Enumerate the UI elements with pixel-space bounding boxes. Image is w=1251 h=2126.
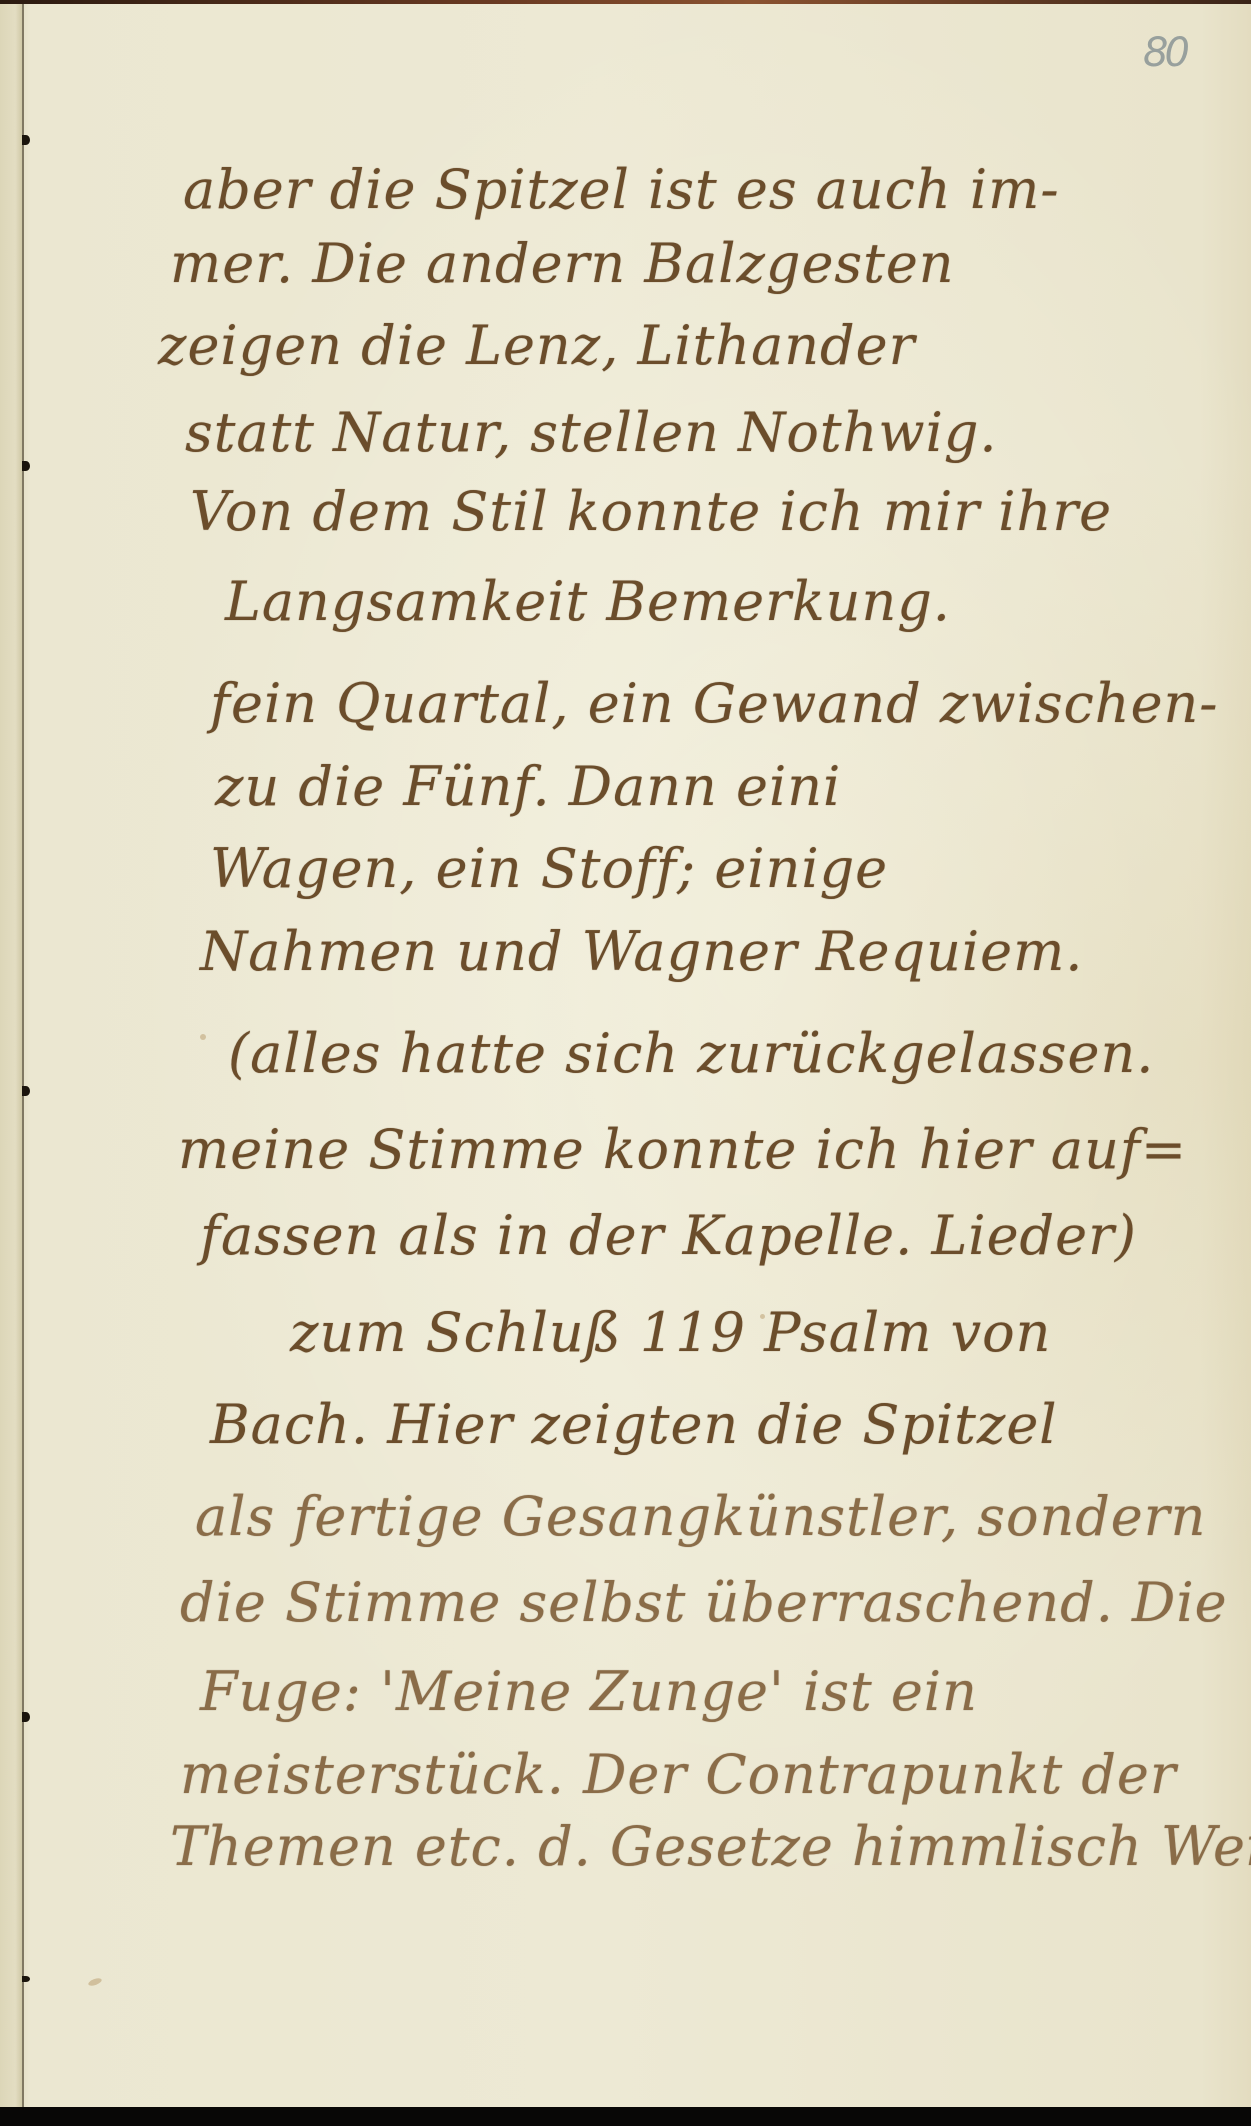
text-line: zeigen die Lenz, Lithander: [158, 319, 915, 373]
paper-stain: [200, 1034, 206, 1040]
text-line: Von dem Stil konnte ich mir ihre: [190, 485, 1112, 539]
text-line: meine Stimme konnte ich hier auf=: [178, 1123, 1187, 1177]
text-line: meisterstück. Der Contrapunkt der: [180, 1748, 1177, 1802]
text-line: als fertige Gesangkünstler, sondern: [195, 1490, 1206, 1544]
text-line: statt Natur, stellen Nothwig.: [185, 406, 998, 460]
binding-line: [22, 4, 24, 2107]
text-line: mer. Die andern Balzgesten: [170, 237, 955, 291]
text-line: zu die Fünf. Dann eini: [215, 760, 841, 814]
binding-hole: [22, 135, 30, 145]
text-line: Langsamkeit Bemerkung.: [225, 575, 951, 629]
binding-hole: [22, 1712, 30, 1722]
facing-page-edge: [0, 4, 22, 2107]
binding-hole: [22, 461, 30, 471]
binding-hole: [22, 1976, 30, 1982]
text-line: Wagen, ein Stoff; einige: [210, 842, 888, 896]
paper-stain: [87, 1977, 102, 1987]
manuscript-page: 80 aber die Spitzel ist es auch im- mer.…: [0, 4, 1251, 2107]
text-line: fassen als in der Kapelle. Lieder): [200, 1209, 1137, 1263]
binding-hole: [22, 1086, 30, 1096]
text-line: aber die Spitzel ist es auch im-: [183, 163, 1060, 217]
text-line: (alles hatte sich zurückgelassen.: [228, 1027, 1154, 1081]
text-line: Bach. Hier zeigten die Spitzel: [210, 1398, 1058, 1452]
text-line: Nahmen und Wagner Requiem.: [200, 925, 1083, 979]
scan-border-bottom: [0, 2107, 1251, 2126]
text-line: zum Schluß 119 Psalm von: [290, 1306, 1051, 1360]
text-line: die Stimme selbst überraschend. Die: [180, 1576, 1228, 1630]
text-line: fein Quartal, ein Gewand zwischen-: [210, 677, 1219, 731]
text-line: Themen etc. d. Gesetze himmlisch Weise.: [170, 1820, 1251, 1874]
text-line: Fuge: 'Meine Zunge' ist ein: [200, 1665, 978, 1719]
page-number: 80: [1143, 30, 1186, 76]
